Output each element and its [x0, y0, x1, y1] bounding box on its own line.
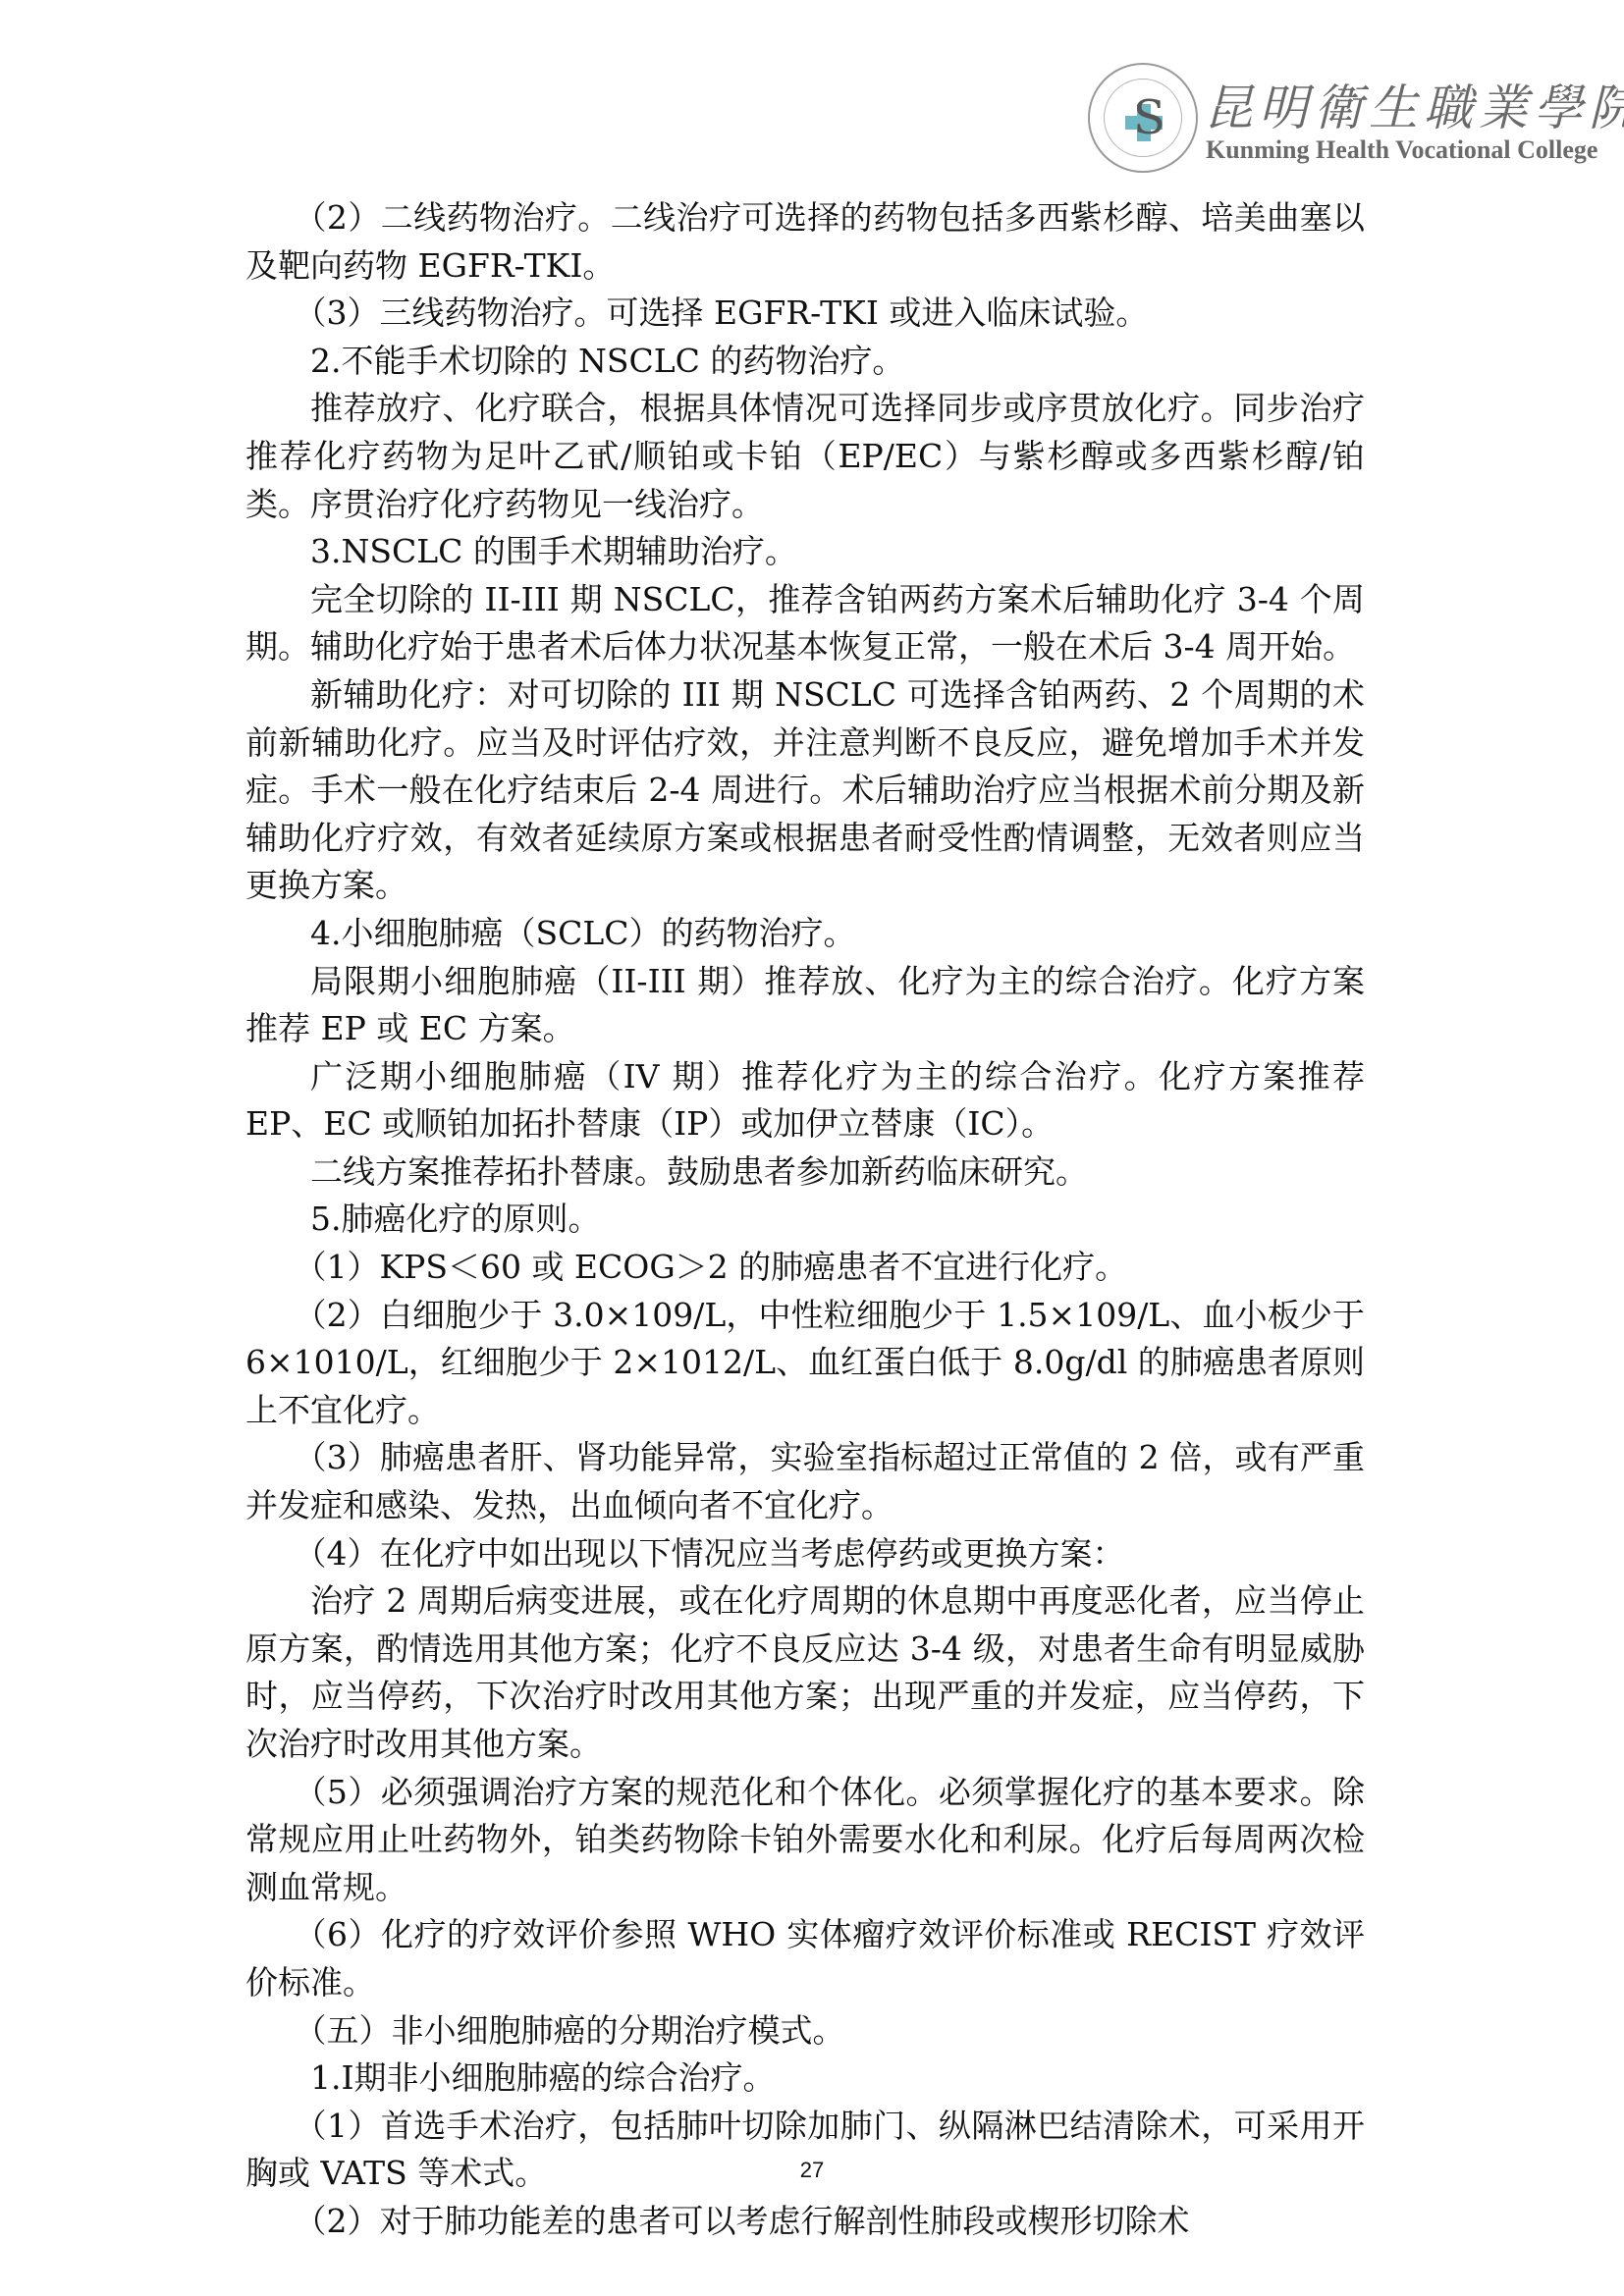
paragraph: 新辅助化疗：对可切除的 III 期 NSCLC 可选择含铂两药、2 个周期的术前…	[245, 671, 1365, 910]
college-name-chinese: 昆明衛生職業學院	[1204, 69, 1624, 139]
dragon-icon: S	[1133, 94, 1165, 141]
section-heading: 5.肺癌化疗的原则。	[245, 1196, 1365, 1244]
college-name-english: Kunming Health Vocational College	[1206, 135, 1597, 165]
section-heading: 2.不能手术切除的 NSCLC 的药物治疗。	[245, 338, 1365, 386]
paragraph: 推荐放疗、化疗联合，根据具体情况可选择同步或序贯放化疗。同步治疗推荐化疗药物为足…	[245, 385, 1365, 528]
list-item: （2）白细胞少于 3.0×109/L，中性粒细胞少于 1.5×109/L、血小板…	[245, 1292, 1365, 1435]
list-item: （1）KPS＜60 或 ECOG＞2 的肺癌患者不宜进行化疗。	[245, 1244, 1365, 1292]
page-header: S 昆明衛生職業學院 Kunming Health Vocational Col…	[1088, 63, 1579, 181]
paragraph: （3）三线药物治疗。可选择 EGFR-TKI 或进入临床试验。	[245, 290, 1365, 338]
section-heading: （五）非小细胞肺癌的分期治疗模式。	[245, 2007, 1365, 2056]
paragraph: 治疗 2 周期后病变进展，或在化疗周期的休息期中再度恶化者，应当停止原方案，酌情…	[245, 1577, 1365, 1768]
paragraph: 局限期小细胞肺癌（II-III 期）推荐放、化疗为主的综合治疗。化疗方案推荐 E…	[245, 958, 1365, 1053]
section-heading: 4.小细胞肺癌（SCLC）的药物治疗。	[245, 910, 1365, 958]
paragraph: （2）二线药物治疗。二线治疗可选择的药物包括多西紫杉醇、培美曲塞以及靶向药物 E…	[245, 194, 1365, 290]
section-heading: 3.NSCLC 的围手术期辅助治疗。	[245, 528, 1365, 576]
list-item: （2）对于肺功能差的患者可以考虑行解剖性肺段或楔形切除术	[245, 2198, 1365, 2246]
paragraph: 完全切除的 II-III 期 NSCLC，推荐含铂两药方案术后辅助化疗 3-4 …	[245, 576, 1365, 671]
page-number: 27	[0, 2158, 1624, 2183]
section-heading: 1.Ⅰ期非小细胞肺癌的综合治疗。	[245, 2055, 1365, 2103]
list-item: （4）在化疗中如出现以下情况应当考虑停药或更换方案：	[245, 1530, 1365, 1578]
list-item: （3）肺癌患者肝、肾功能异常，实验室指标超过正常值的 2 倍，或有严重并发症和感…	[245, 1434, 1365, 1529]
list-item: （6）化疗的疗效评价参照 WHO 实体瘤疗效评价标准或 RECIST 疗效评价标…	[245, 1911, 1365, 2006]
list-item: （1）首选手术治疗，包括肺叶切除加肺门、纵隔淋巴结清除术，可采用开胸或 VATS…	[245, 2103, 1365, 2198]
paragraph: 二线方案推荐拓扑替康。鼓励患者参加新药临床研究。	[245, 1148, 1365, 1197]
college-seal-logo: S	[1088, 63, 1198, 173]
list-item: （5）必须强调治疗方案的规范化和个体化。必须掌握化疗的基本要求。除常规应用止吐药…	[245, 1769, 1365, 1912]
paragraph: 广泛期小细胞肺癌（IV 期）推荐化疗为主的综合治疗。化疗方案推荐 EP、EC 或…	[245, 1053, 1365, 1148]
document-body: （2）二线药物治疗。二线治疗可选择的药物包括多西紫杉醇、培美曲塞以及靶向药物 E…	[245, 194, 1365, 2246]
